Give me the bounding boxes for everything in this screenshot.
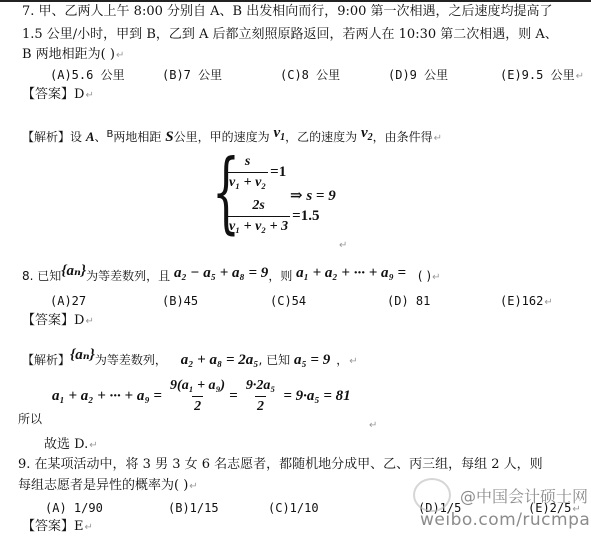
q7-answer: 【答案】D↵ — [22, 86, 94, 105]
q8-option-c: (C)54 — [270, 293, 306, 309]
q7-line-1: 7. 甲、乙两人上午 8:00 分别自 A、B 出发相向而行，9:00 第一次相… — [22, 3, 553, 21]
q8-stem: 8. 已知{aₙ}为等差数列，且 a₂ − a₅ + a₈ = 9，则 a₁ +… — [22, 262, 440, 287]
q7-line-2: 1.5 公里/小时，甲到 B，乙到 A 后都立刻照原路返回，若两人在 10:30… — [22, 26, 558, 44]
q8-option-a: (A)27 — [50, 293, 86, 309]
q8-option-e: (E)162↵ — [500, 293, 553, 311]
weibo-logo-icon — [413, 478, 451, 512]
so-label: 所以 — [18, 410, 42, 428]
q8-analysis: 【解析】{aₙ}为等差数列， a₂ + a₈ = 2a₅, 已知 a₅ = 9，… — [22, 346, 358, 371]
q8-conclusion: 故选 D.↵ — [44, 436, 98, 455]
q9-option-b: (B)1/15 — [168, 500, 219, 516]
para-mark: ↵ — [369, 420, 377, 431]
watermark-url: weibo.com/rucmpacc — [420, 510, 591, 530]
q8-answer: 【答案】D↵ — [22, 312, 94, 331]
q7-option-c: (C)8 公里 — [280, 67, 340, 83]
q7-option-a: (A)5.6 公里 — [50, 67, 125, 83]
para-mark: ↵ — [339, 240, 347, 251]
watermark-text: @中国会计硕士网 — [460, 484, 588, 507]
q7-line-3: B 两地相距为( )↵ — [22, 46, 124, 65]
q9-line-2: 每组志愿者是异性的概率为( )↵ — [18, 477, 198, 496]
q7-option-d: (D)9 公里 — [388, 67, 448, 83]
q8-option-b: (B)45 — [162, 293, 198, 309]
q7-option-e: (E)9.5 公里↵ — [500, 67, 584, 85]
q7-result: ⇒ s = 9 — [290, 186, 336, 205]
q7-option-b: (B)7 公里 — [162, 67, 222, 83]
q9-option-a: (A) 1/90 — [45, 500, 103, 516]
q7-equation-1: sv₁ + v₂=1 — [225, 152, 286, 193]
top-rule — [0, 0, 591, 2]
q8-option-d: (D) 81 — [387, 293, 430, 309]
q9-option-c: (C)1/10 — [268, 500, 319, 516]
q9-answer: 【答案】E↵ — [22, 518, 93, 536]
q9-line-1: 9. 在某项活动中，将 3 男 3 女 6 名志愿者，都随机地分成甲、乙、丙三组… — [18, 456, 543, 474]
q8-sum-equation: a₁ + a₂ + ··· + a₉ = 9(a₁ + a₉)2= 9·2a₅2… — [52, 376, 351, 417]
